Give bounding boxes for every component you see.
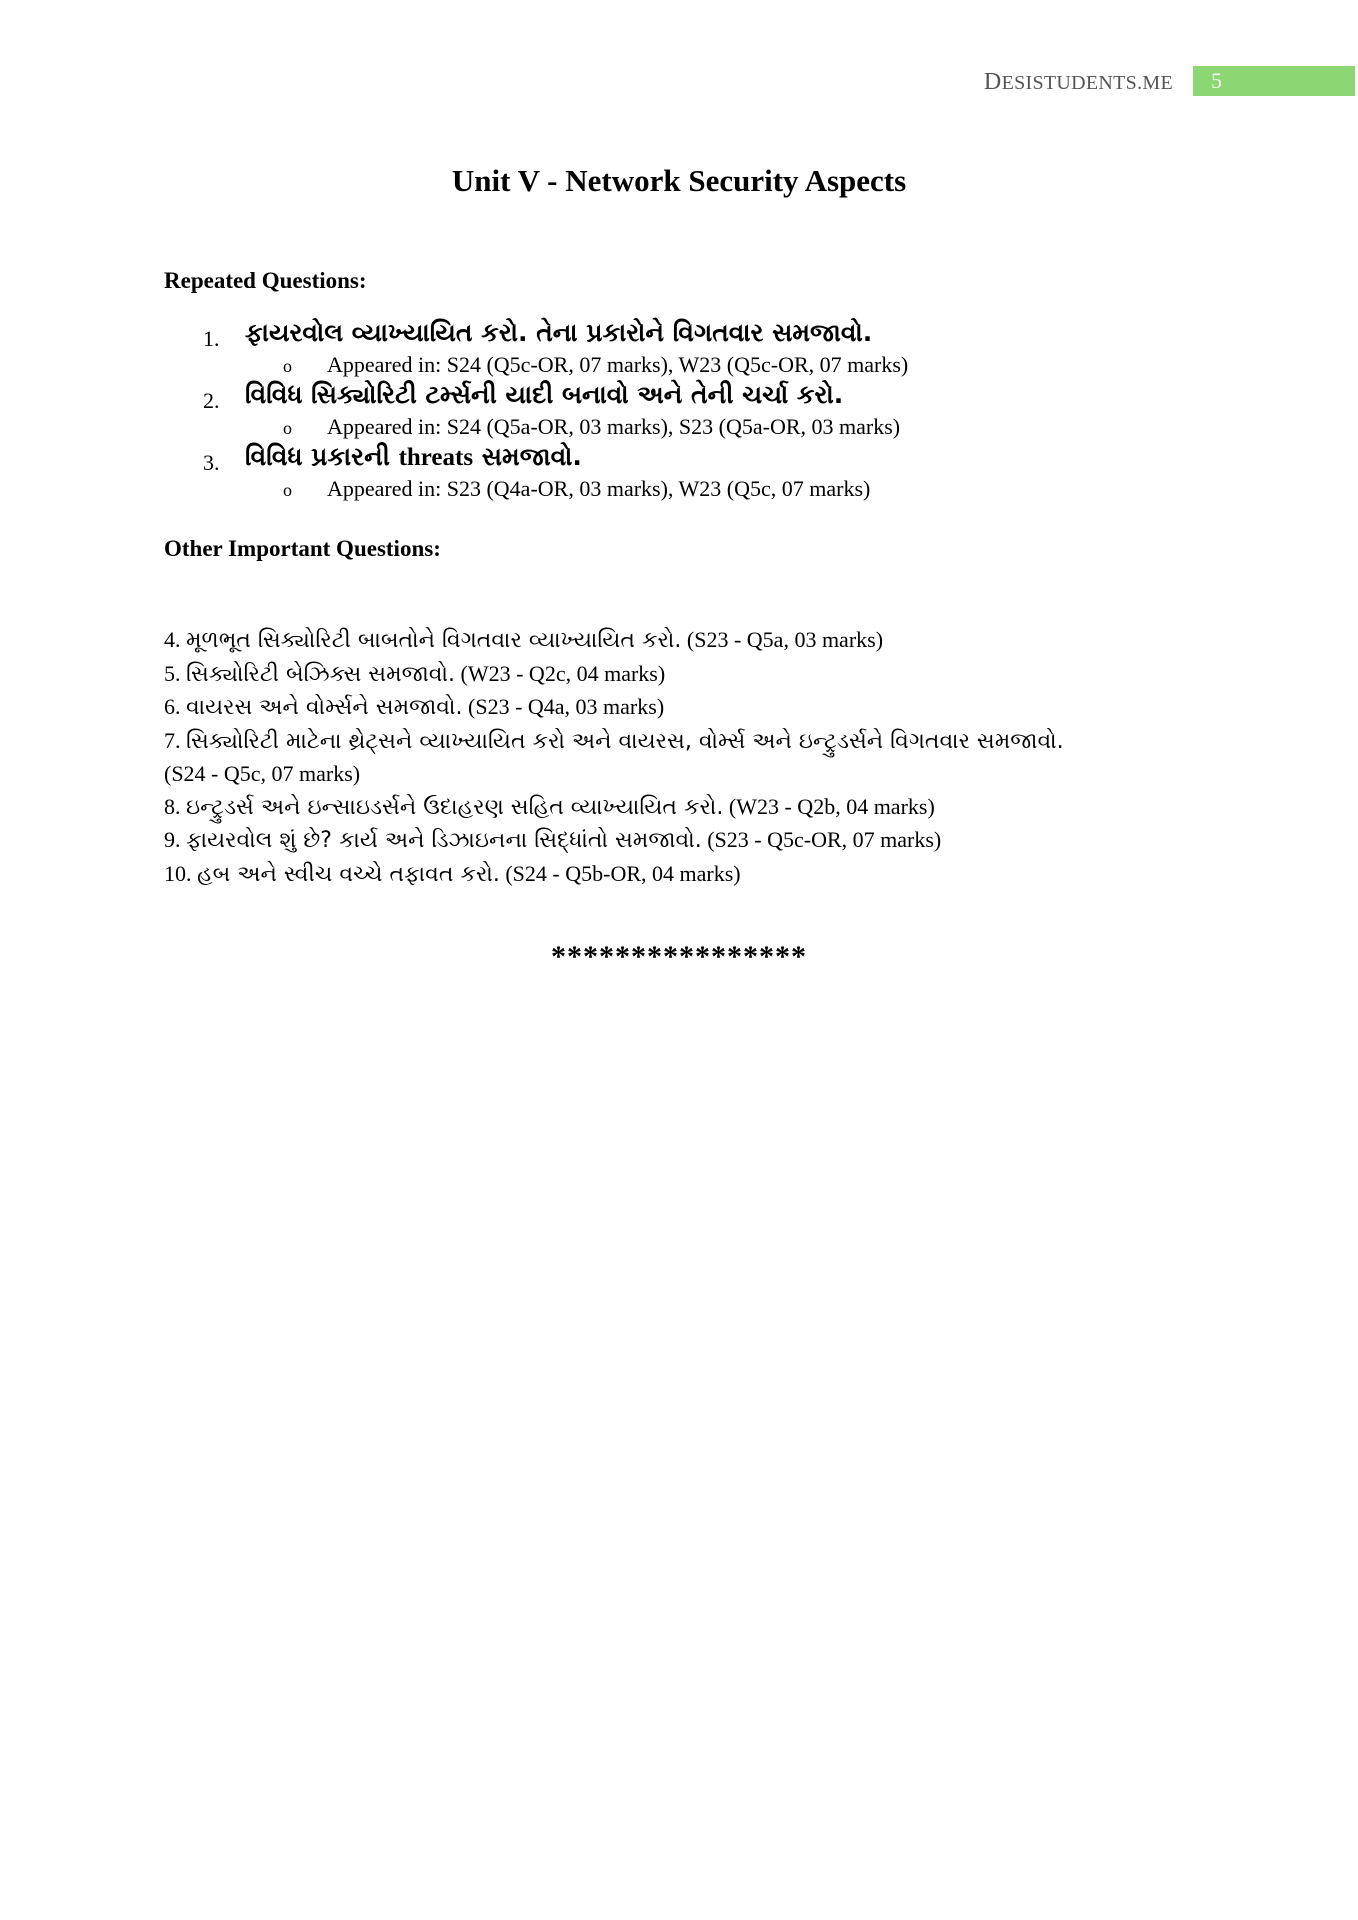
other-question-item: 10. હબ અને સ્વીચ વચ્ચે તફાવત કરો. (S24 -…	[164, 858, 1264, 892]
other-question-item: 6. વાયરસ અને વોર્મ્સને સમજાવો. (S23 - Q4…	[164, 691, 1264, 725]
other-question-item: 8. ઇન્ટ્રુડર્સ અને ઇન્સાઇડર્સને ઉદાહરણ સ…	[164, 791, 1264, 825]
bullet-icon: o	[283, 418, 292, 439]
appeared-in-text: Appeared in: S24 (Q5c-OR, 07 marks), W23…	[327, 352, 908, 378]
bullet-icon: o	[283, 356, 292, 377]
other-question-item: 9. ફાયરવોલ શું છે? કાર્ય અને ડિઝાઇનના સિ…	[164, 824, 1264, 858]
question-text: વિવિધ સિક્યોરિટી ટર્મ્સની યાદી બનાવો અને…	[245, 380, 843, 410]
page-number: 5	[1211, 68, 1222, 94]
other-question-item: 5. સિક્યોરિટી બેઝિક્સ સમજાવો. (W23 - Q2c…	[164, 658, 1264, 692]
page-title: Unit V - Network Security Aspects	[0, 163, 1358, 199]
question-number: 2.	[203, 388, 220, 414]
other-questions-list: 4. મૂળભૂત સિક્યોરિટી બાબતોને વિગતવાર વ્ય…	[164, 624, 1264, 891]
page-header: DESISTUDENTS.ME 5	[0, 66, 1358, 96]
bullet-icon: o	[283, 480, 292, 501]
repeated-questions-heading: Repeated Questions:	[164, 268, 367, 294]
repeated-question-item: 1. ફાયરવોલ વ્યાખ્યાયિત કરો. તેના પ્રકારો…	[0, 318, 1358, 380]
question-number: 1.	[203, 326, 220, 352]
repeated-questions-list: 1. ફાયરવોલ વ્યાખ્યાયિત કરો. તેના પ્રકારો…	[0, 318, 1358, 504]
appeared-in-text: Appeared in: S23 (Q4a-OR, 03 marks), W23…	[327, 476, 870, 502]
question-text: ફાયરવોલ વ્યાખ્યાયિત કરો. તેના પ્રકારોને …	[245, 318, 872, 348]
repeated-question-item: 2. વિવિધ સિક્યોરિટી ટર્મ્સની યાદી બનાવો …	[0, 380, 1358, 442]
appeared-in-text: Appeared in: S24 (Q5a-OR, 03 marks), S23…	[327, 414, 900, 440]
question-text: વિવિધ પ્રકારની threats સમજાવો.	[245, 442, 582, 472]
page-number-bar: 5	[1193, 66, 1355, 96]
other-question-item: 4. મૂળભૂત સિક્યોરિટી બાબતોને વિગતવાર વ્ય…	[164, 624, 1264, 658]
question-number: 3.	[203, 450, 220, 476]
site-name: DESISTUDENTS.ME	[984, 69, 1173, 96]
other-questions-heading: Other Important Questions:	[164, 536, 441, 562]
other-question-item: 7. સિક્યોરિટી માટેના થ્રેટ્સને વ્યાખ્યાય…	[164, 725, 1264, 791]
end-marker: ****************	[0, 940, 1358, 974]
repeated-question-item: 3. વિવિધ પ્રકારની threats સમજાવો. o Appe…	[0, 442, 1358, 504]
